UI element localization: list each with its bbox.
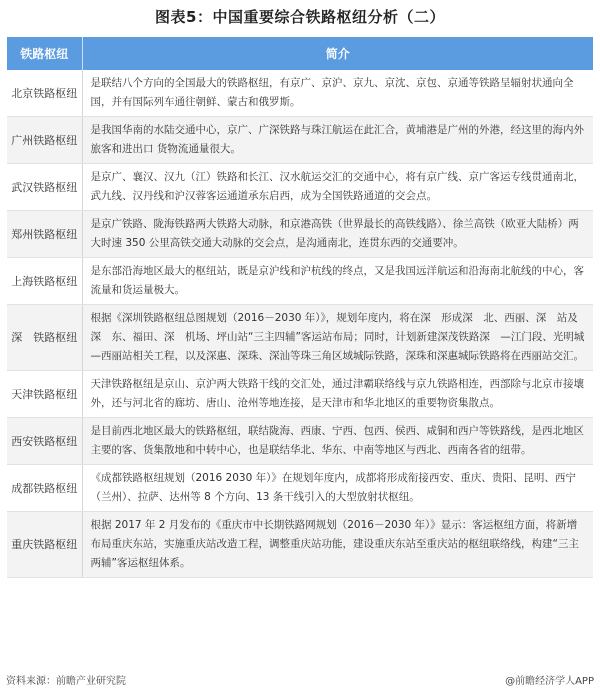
figure-title: 图表5：中国重要综合铁路枢纽分析（二） [0, 6, 600, 27]
hub-desc: 天津铁路枢纽是京山、京沪两大铁路干线的交汇处，通过津霸联络线与京九铁路相连，西部… [82, 371, 593, 418]
hub-desc: 根据《深圳铁路枢纽总图规划（2016－2030 年）》，规划年度内，将在深 形成… [82, 305, 593, 371]
table-row: 西安铁路枢纽 是目前西北地区最大的铁路枢纽，联结陇海、西康、宁西、包西、侯西、咸… [7, 418, 593, 465]
hub-desc: 《成都铁路枢纽规划（2016 2030 年）》在规划年度内，成都将形成衔接西安、… [82, 465, 593, 512]
hub-desc: 是京广、襄汉、汉九（江）铁路和长江、汉水航运交汇的交通中心，将有京广线、京广客运… [82, 164, 593, 211]
source-note: 资料来源：前瞻产业研究院 [6, 672, 126, 687]
hub-desc: 是京广铁路、陇海铁路两大铁路大动脉，和京港高铁（世界最长的高铁线路）、徐兰高铁（… [82, 211, 593, 258]
table-row: 武汉铁路枢纽 是京广、襄汉、汉九（江）铁路和长江、汉水航运交汇的交通中心，将有京… [7, 164, 593, 211]
brand-credit: @前瞻经济学人APP [505, 672, 594, 687]
table-row: 天津铁路枢纽 天津铁路枢纽是京山、京沪两大铁路干线的交汇处，通过津霸联络线与京九… [7, 371, 593, 418]
hub-name: 深 铁路枢纽 [7, 305, 82, 371]
hub-desc: 根据 2017 年 2 月发布的《重庆市中长期铁路网规划（2016－2030 年… [82, 512, 593, 578]
hub-name: 武汉铁路枢纽 [7, 164, 82, 211]
hub-name: 天津铁路枢纽 [7, 371, 82, 418]
table-row: 广州铁路枢纽 是我国华南的水陆交通中心，京广、广深铁路与珠江航运在此汇合，黄埔港… [7, 117, 593, 164]
hub-name: 成都铁路枢纽 [7, 465, 82, 512]
table-row: 北京铁路枢纽 是联结八个方向的全国最大的铁路枢纽，有京广、京沪、京九、京沈、京包… [7, 70, 593, 117]
hub-desc: 是东部沿海地区最大的枢纽站，既是京沪线和沪杭线的终点，又是我国远洋航运和沿海南北… [82, 258, 593, 305]
hub-desc: 是联结八个方向的全国最大的铁路枢纽，有京广、京沪、京九、京沈、京包、京通等铁路呈… [82, 70, 593, 117]
hub-name: 上海铁路枢纽 [7, 258, 82, 305]
hub-name: 重庆铁路枢纽 [7, 512, 82, 578]
hub-desc: 是目前西北地区最大的铁路枢纽，联结陇海、西康、宁西、包西、侯西、咸铜和西户等铁路… [82, 418, 593, 465]
table-row: 深 铁路枢纽 根据《深圳铁路枢纽总图规划（2016－2030 年）》，规划年度内… [7, 305, 593, 371]
header-hub: 铁路枢纽 [7, 37, 82, 70]
hub-name: 西安铁路枢纽 [7, 418, 82, 465]
railway-hub-table: 铁路枢纽 简介 北京铁路枢纽 是联结八个方向的全国最大的铁路枢纽，有京广、京沪、… [7, 37, 593, 578]
table-row: 重庆铁路枢纽 根据 2017 年 2 月发布的《重庆市中长期铁路网规划（2016… [7, 512, 593, 578]
table-row: 成都铁路枢纽 《成都铁路枢纽规划（2016 2030 年）》在规划年度内，成都将… [7, 465, 593, 512]
hub-name: 郑州铁路枢纽 [7, 211, 82, 258]
table-row: 郑州铁路枢纽 是京广铁路、陇海铁路两大铁路大动脉，和京港高铁（世界最长的高铁线路… [7, 211, 593, 258]
hub-name: 广州铁路枢纽 [7, 117, 82, 164]
header-intro: 简介 [82, 37, 593, 70]
table-header-row: 铁路枢纽 简介 [7, 37, 593, 70]
hub-name: 北京铁路枢纽 [7, 70, 82, 117]
hub-desc: 是我国华南的水陆交通中心，京广、广深铁路与珠江航运在此汇合，黄埔港是广州的外港，… [82, 117, 593, 164]
table-row: 上海铁路枢纽 是东部沿海地区最大的枢纽站，既是京沪线和沪杭线的终点，又是我国远洋… [7, 258, 593, 305]
